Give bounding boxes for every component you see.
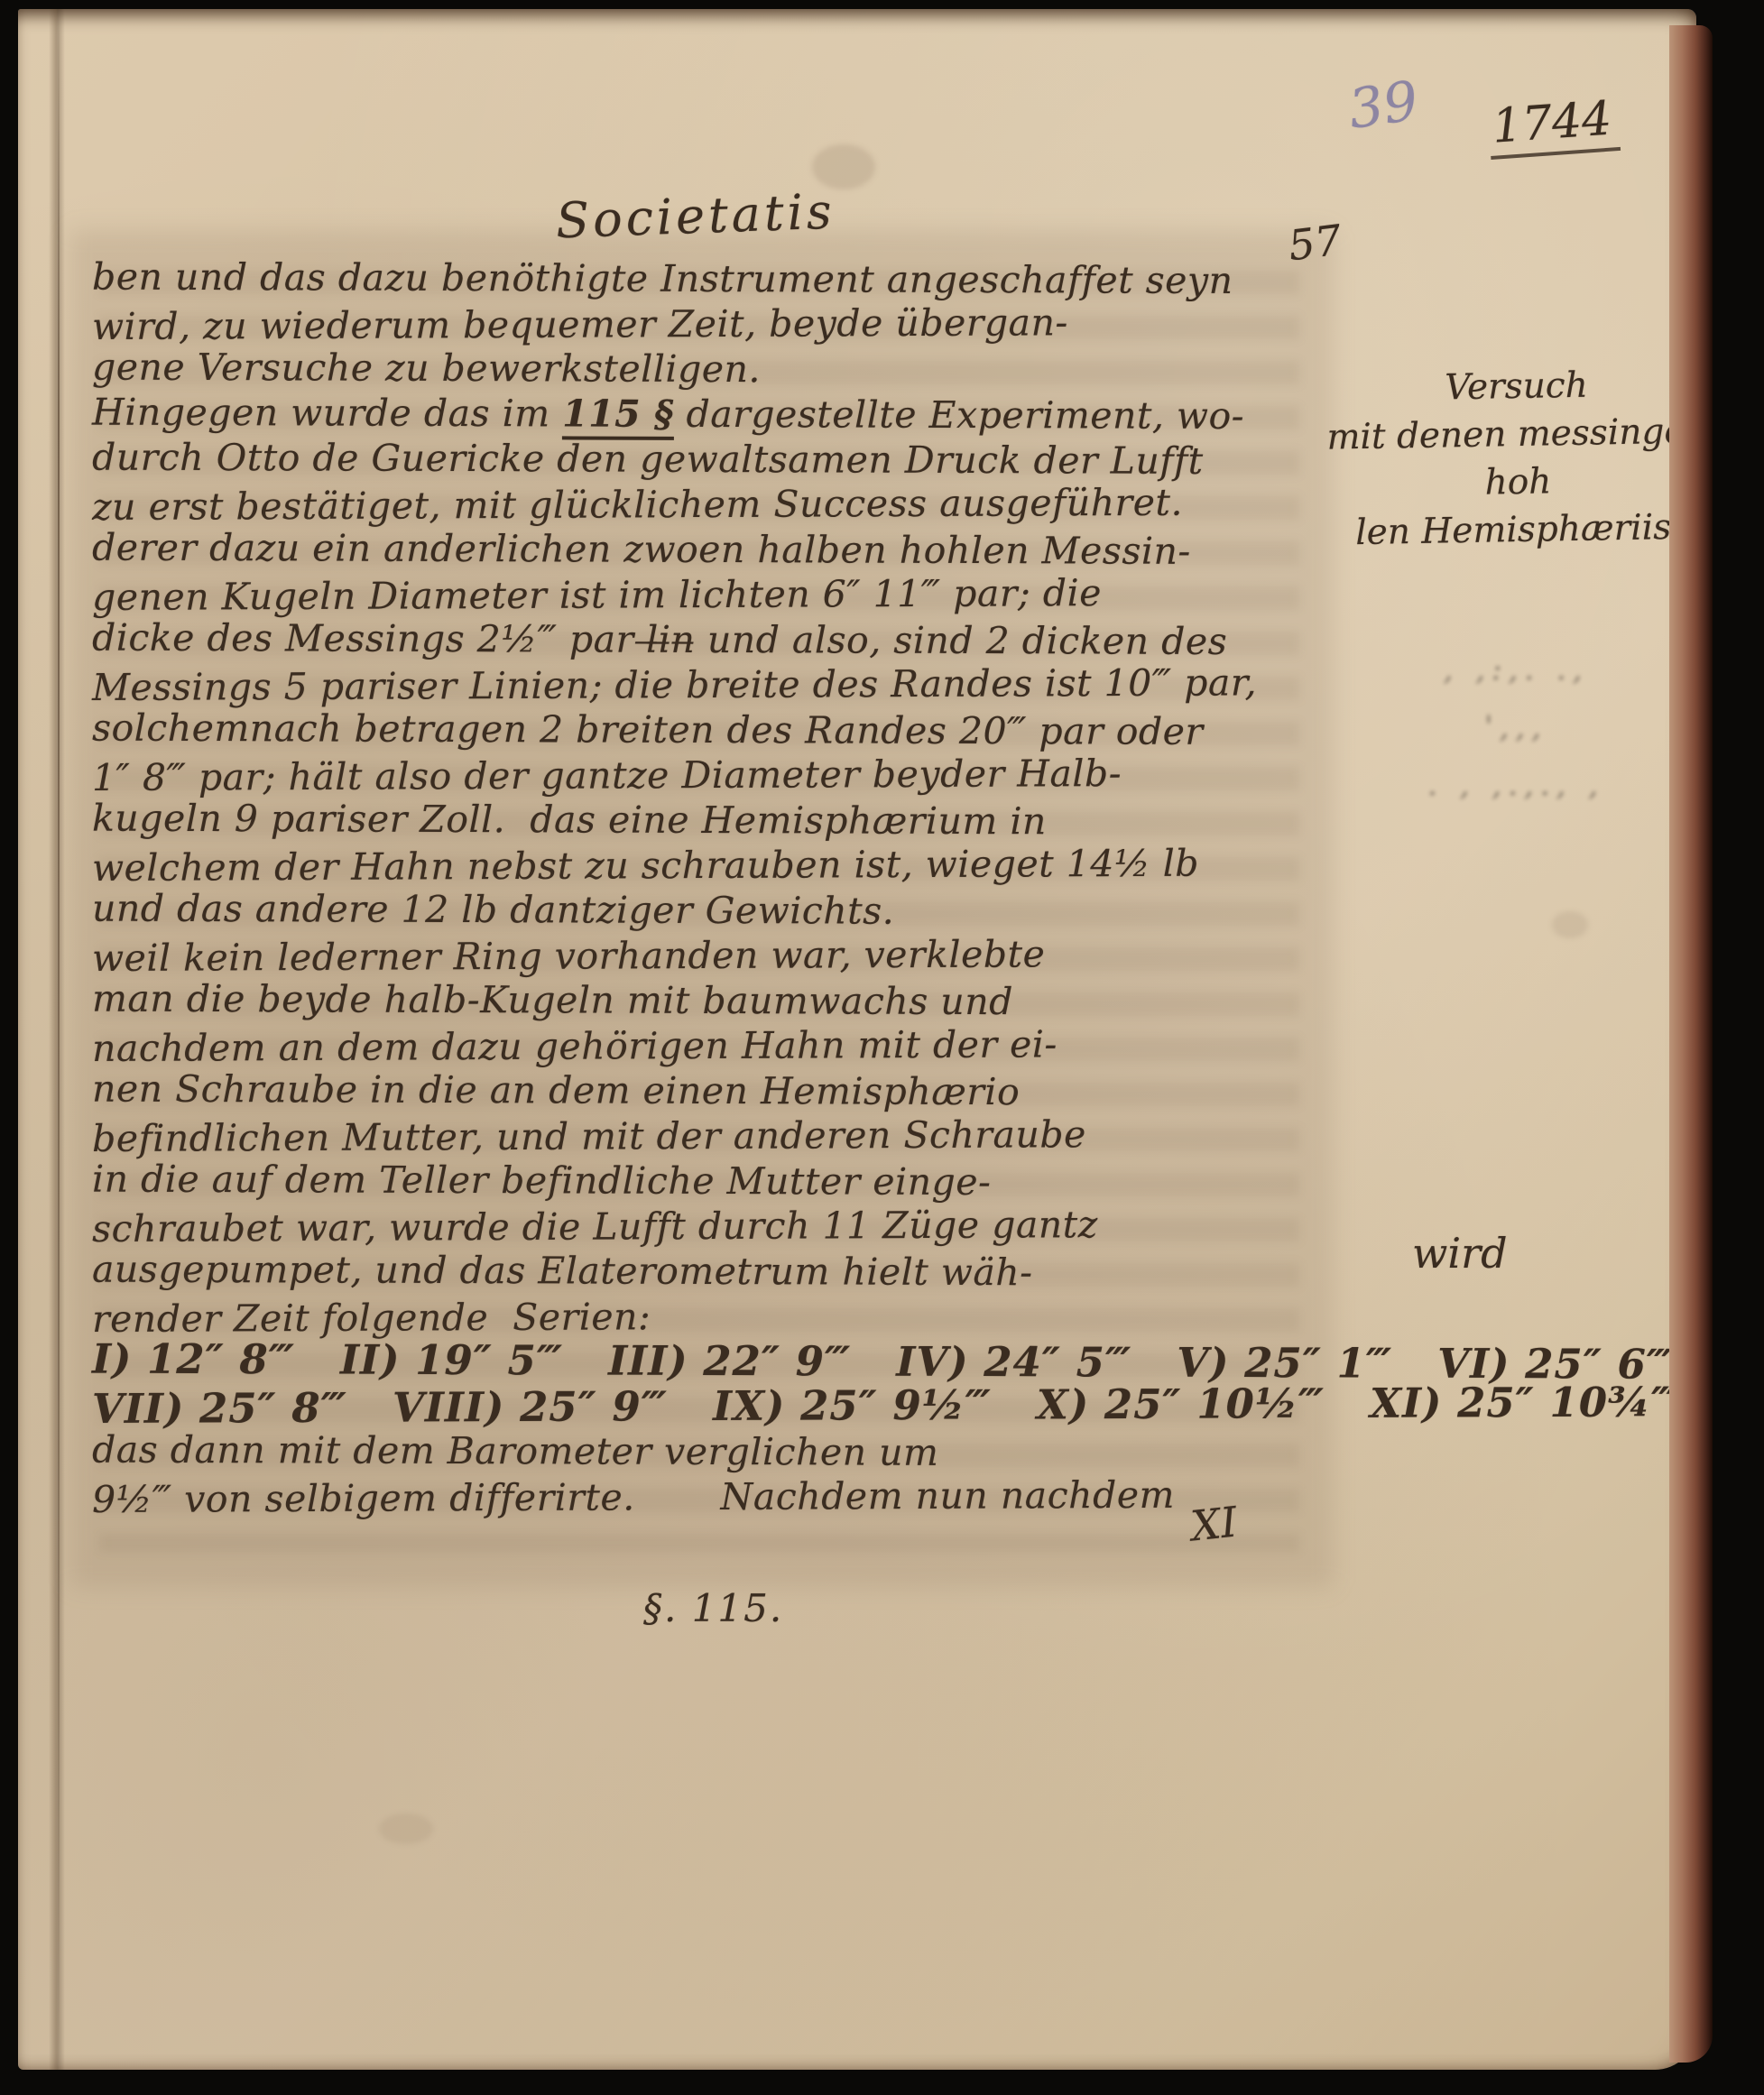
ink-bleedthrough-marks: , ,:,. .,',,,. , ,.,., ,	[1353, 641, 1678, 814]
body-line: wird, zu wiederum bequemer Zeit, beyde ü…	[92, 299, 1342, 349]
catchword: XI	[1188, 1497, 1239, 1550]
body-line: 9½‴ von selbigem differirte. Nachdem nun…	[92, 1472, 1342, 1522]
paragraph-1: ben und das dazu benöthigte Instrument a…	[92, 256, 1342, 392]
binding-crease-line	[58, 9, 60, 2070]
margin-note-line: len Hemisphæriis.	[1307, 503, 1731, 558]
body-line: 1″ 8‴ par; hält also der gantze Diameter…	[92, 750, 1342, 800]
series-line: I) 12″ 8‴ II) 19″ 5‴ III) 22″ 9‴ IV) 24″…	[92, 1337, 1342, 1387]
measurement-series: I) 12″ 8‴ II) 19″ 5‴ III) 22″ 9‴ IV) 24″…	[92, 1339, 1342, 1429]
body-text: ben und das dazu benöthigte Instrument a…	[92, 256, 1342, 1519]
margin-note-line: mit denen messingen hoh	[1306, 407, 1730, 510]
body-line: Messings 5 pariser Linien; die breite de…	[92, 660, 1342, 710]
body-line: zu erst bestätiget, mit glücklichem Succ…	[92, 479, 1342, 530]
margin-word: wird	[1412, 1229, 1508, 1278]
manuscript-scan: 39 1744 Societatis 57 ben und das dazu b…	[0, 0, 1764, 2095]
body-line: welchem der Hahn nebst zu schrauben ist,…	[92, 840, 1342, 891]
body-line: ben und das dazu benöthigte Instrument a…	[92, 254, 1342, 304]
foxing-spot	[379, 1814, 433, 1844]
body-line: durch Otto de Guericke den gewaltsamen D…	[92, 435, 1342, 485]
body-line: nachdem an dem dazu gehörigen Hahn mit d…	[92, 1020, 1342, 1071]
ref-line-pre: Hingegen wurde das im	[92, 391, 562, 436]
paragraph-2: durch Otto de Guericke den gewaltsamen D…	[92, 437, 1342, 1339]
body-line: befindlichen Mutter, und mit der anderen…	[92, 1111, 1342, 1161]
body-line: nen Schraube in die an dem einen Hemisph…	[92, 1066, 1342, 1116]
body-line: und das andere 12 lb dantziger Gewichts.	[92, 886, 1342, 936]
body-line-section-ref: Hingegen wurde das im 115 § dargestellte…	[92, 390, 1342, 439]
body-line: gene Versuche zu bewerkstelligen.	[92, 345, 1342, 394]
body-line: schraubet war, wurde die Lufft durch 11 …	[92, 1201, 1342, 1251]
bleedthrough-fragment: , ,:,. .,	[1353, 641, 1678, 698]
body-line: man die beyde halb-Kugeln mit baumwachs …	[92, 976, 1342, 1026]
body-line: das dann mit dem Barometer verglichen um	[92, 1427, 1342, 1477]
body-line: genen Kugeln Diameter ist im lichten 6″ …	[92, 569, 1342, 620]
section-115-reference: 115 §	[562, 392, 674, 439]
body-line: in die auf dem Teller befindliche Mutter…	[92, 1157, 1342, 1206]
section-mark: §. 115.	[643, 1586, 783, 1630]
body-line: solchemnach betragen 2 breiten des Rande…	[92, 706, 1342, 755]
body-line: weil kein lederner Ring vorhanden war, v…	[92, 930, 1342, 981]
closing-paragraph: das dann mit dem Barometer verglichen um…	[92, 1429, 1342, 1519]
foxing-spot	[1552, 911, 1588, 938]
body-line: kugeln 9 pariser Zoll. das eine Hemisphæ…	[92, 796, 1342, 845]
ref-line-post: dargestellte Experiment, wo-	[674, 392, 1244, 438]
body-line: ausgepumpet, und das Elaterometrum hielt…	[92, 1247, 1342, 1297]
folio-number-pencil: 39	[1345, 69, 1422, 142]
year-annotation: 1744	[1487, 91, 1621, 160]
running-head: Societatis	[555, 183, 836, 250]
series-line: VII) 25″ 8‴ VIII) 25″ 9‴ IX) 25″ 9½‴ X) …	[92, 1381, 1342, 1432]
body-line: derer dazu ein anderlichen zwoen halben …	[92, 525, 1342, 575]
manuscript-page: 39 1744 Societatis 57 ben und das dazu b…	[18, 9, 1696, 2070]
bleedthrough-fragment: . , ,.,., ,	[1353, 756, 1678, 814]
bleedthrough-fragment: ',,,	[1353, 698, 1678, 756]
book-fore-edge	[1669, 25, 1713, 2063]
body-line: dicke des Messings 2½‴ par l̶i̶n̶ und al…	[92, 615, 1342, 665]
binding-crease	[49, 9, 65, 2070]
margin-note-line: Versuch	[1305, 359, 1728, 414]
body-line: render Zeit folgende Serien:	[92, 1291, 1342, 1342]
margin-note: Versuchmit denen messingen hohlen Hemisp…	[1305, 359, 1731, 558]
